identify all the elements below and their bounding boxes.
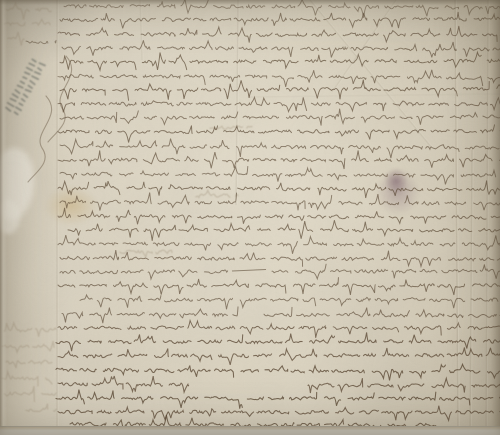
paper-grain xyxy=(0,0,500,435)
letter-page xyxy=(0,0,500,435)
handwriting-layer xyxy=(0,0,500,435)
